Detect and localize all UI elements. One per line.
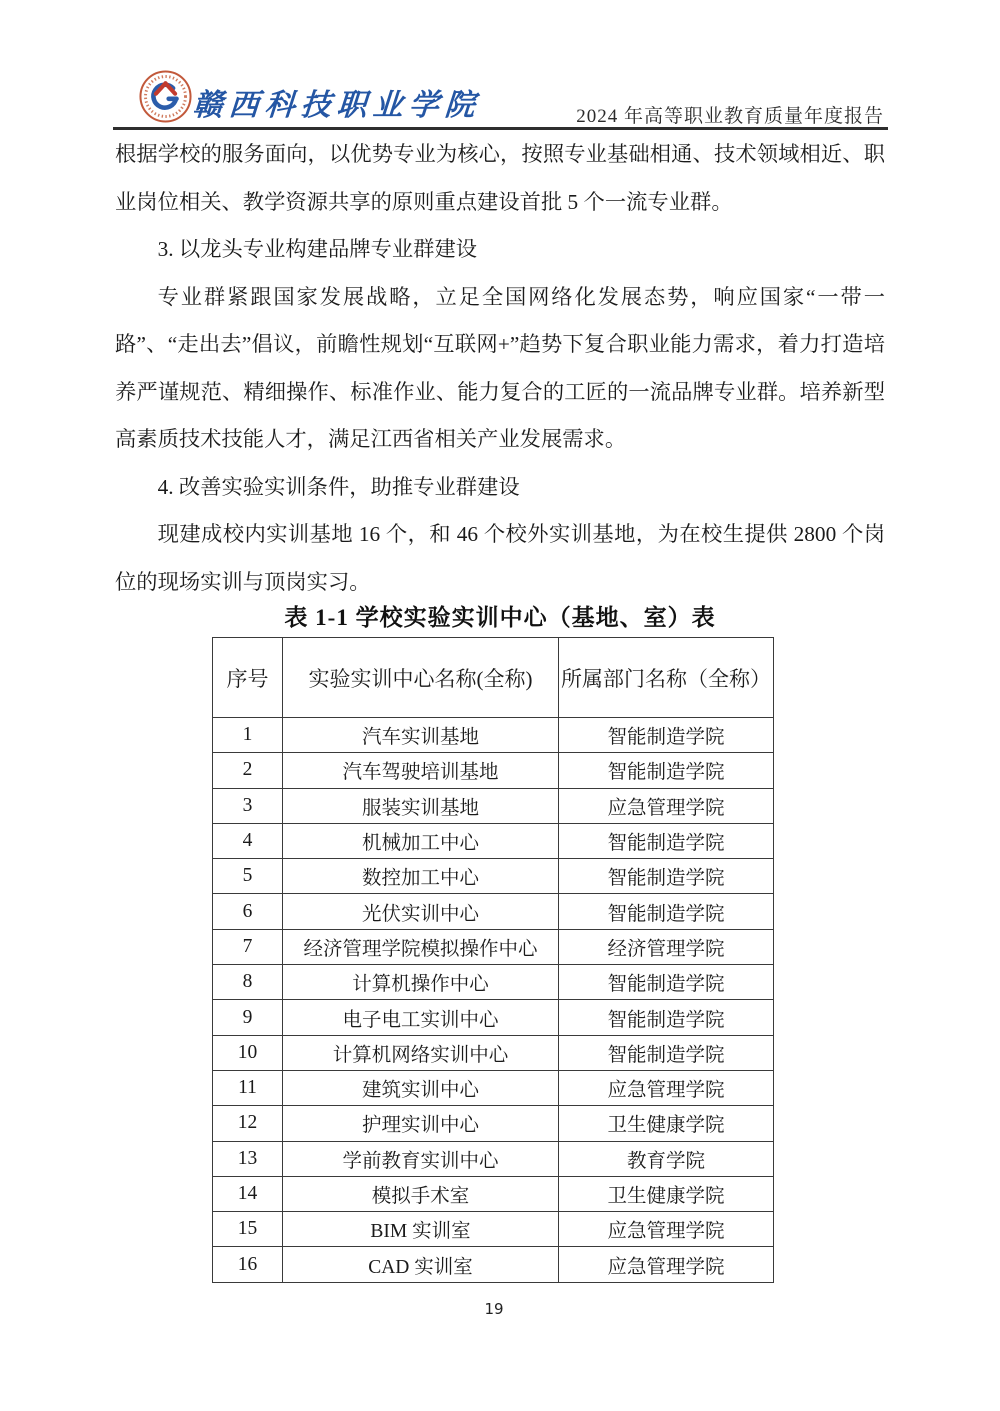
cell-department: 教育学院 bbox=[559, 1141, 774, 1176]
cell-center-name: 汽车实训基地 bbox=[283, 718, 559, 753]
column-header-center-name: 实验实训中心名称(全称) bbox=[283, 638, 559, 718]
cell-center-name: 数控加工中心 bbox=[283, 859, 559, 894]
column-header-department: 所属部门名称（全称） bbox=[559, 638, 774, 718]
cell-index: 3 bbox=[213, 788, 283, 823]
paragraph-brand-groups: 专业群紧跟国家发展战略，立足全国网络化发展态势，响应国家“一带一路”、“走出去”… bbox=[115, 274, 885, 464]
page-number: 19 bbox=[0, 1300, 988, 1318]
table-title: 表 1-1 学校实验实训中心（基地、室）表 bbox=[115, 603, 885, 633]
cell-department: 智能制造学院 bbox=[559, 718, 774, 753]
cell-index: 16 bbox=[213, 1247, 283, 1282]
cell-index: 13 bbox=[213, 1141, 283, 1176]
header-divider bbox=[113, 127, 888, 130]
cell-center-name: 经济管理学院模拟操作中心 bbox=[283, 929, 559, 964]
cell-department: 卫生健康学院 bbox=[559, 1106, 774, 1141]
school-name: 赣西科技职业学院 bbox=[191, 80, 482, 124]
cell-department: 智能制造学院 bbox=[559, 753, 774, 788]
cell-department: 智能制造学院 bbox=[559, 1000, 774, 1035]
cell-department: 智能制造学院 bbox=[559, 1035, 774, 1070]
cell-department: 智能制造学院 bbox=[559, 965, 774, 1000]
cell-department: 应急管理学院 bbox=[559, 1247, 774, 1282]
cell-center-name: 模拟手术室 bbox=[283, 1176, 559, 1211]
table-row: 8计算机操作中心智能制造学院 bbox=[213, 965, 774, 1000]
cell-center-name: 学前教育实训中心 bbox=[283, 1141, 559, 1176]
table-row: 1汽车实训基地智能制造学院 bbox=[213, 718, 774, 753]
report-title: 2024 年高等职业教育质量年度报告 bbox=[576, 101, 884, 128]
cell-index: 6 bbox=[213, 894, 283, 929]
cell-index: 8 bbox=[213, 965, 283, 1000]
cell-department: 应急管理学院 bbox=[559, 788, 774, 823]
table-row: 11建筑实训中心应急管理学院 bbox=[213, 1070, 774, 1105]
cell-center-name: 电子电工实训中心 bbox=[283, 1000, 559, 1035]
school-seal-icon bbox=[138, 69, 193, 124]
table-row: 10计算机网络实训中心智能制造学院 bbox=[213, 1035, 774, 1070]
cell-index: 1 bbox=[213, 718, 283, 753]
cell-center-name: 计算机操作中心 bbox=[283, 965, 559, 1000]
table-row: 6光伏实训中心智能制造学院 bbox=[213, 894, 774, 929]
table-row: 4机械加工中心智能制造学院 bbox=[213, 823, 774, 858]
cell-index: 10 bbox=[213, 1035, 283, 1070]
cell-center-name: 机械加工中心 bbox=[283, 823, 559, 858]
training-centers-table: 序号 实验实训中心名称(全称) 所属部门名称（全称） 1汽车实训基地智能制造学院… bbox=[212, 637, 774, 1283]
cell-center-name: BIM 实训室 bbox=[283, 1212, 559, 1247]
cell-index: 11 bbox=[213, 1070, 283, 1105]
table-row: 2汽车驾驶培训基地智能制造学院 bbox=[213, 753, 774, 788]
table-row: 7经济管理学院模拟操作中心经济管理学院 bbox=[213, 929, 774, 964]
cell-center-name: 光伏实训中心 bbox=[283, 894, 559, 929]
cell-index: 15 bbox=[213, 1212, 283, 1247]
cell-department: 卫生健康学院 bbox=[559, 1176, 774, 1211]
table-row: 3服装实训基地应急管理学院 bbox=[213, 788, 774, 823]
heading-4: 4. 改善实验实训条件，助推专业群建设 bbox=[115, 464, 885, 512]
cell-index: 4 bbox=[213, 823, 283, 858]
cell-department: 应急管理学院 bbox=[559, 1212, 774, 1247]
cell-center-name: 服装实训基地 bbox=[283, 788, 559, 823]
document-page: 赣西科技职业学院 2024 年高等职业教育质量年度报告 根据学校的服务面向，以优… bbox=[0, 0, 1000, 1411]
paragraph-continuation: 根据学校的服务面向，以优势专业为核心，按照专业基础相通、技术领域相近、职业岗位相… bbox=[115, 131, 885, 226]
cell-department: 智能制造学院 bbox=[559, 894, 774, 929]
body-text: 根据学校的服务面向，以优势专业为核心，按照专业基础相通、技术领域相近、职业岗位相… bbox=[115, 131, 885, 606]
cell-index: 12 bbox=[213, 1106, 283, 1141]
table-row: 5数控加工中心智能制造学院 bbox=[213, 859, 774, 894]
cell-index: 7 bbox=[213, 929, 283, 964]
cell-index: 2 bbox=[213, 753, 283, 788]
table-row: 16CAD 实训室应急管理学院 bbox=[213, 1247, 774, 1282]
cell-department: 智能制造学院 bbox=[559, 859, 774, 894]
cell-center-name: 建筑实训中心 bbox=[283, 1070, 559, 1105]
cell-index: 5 bbox=[213, 859, 283, 894]
table-row: 14模拟手术室卫生健康学院 bbox=[213, 1176, 774, 1211]
table-header-row: 序号 实验实训中心名称(全称) 所属部门名称（全称） bbox=[213, 638, 774, 718]
cell-department: 智能制造学院 bbox=[559, 823, 774, 858]
table-row: 15BIM 实训室应急管理学院 bbox=[213, 1212, 774, 1247]
table-row: 12护理实训中心卫生健康学院 bbox=[213, 1106, 774, 1141]
page-header: 赣西科技职业学院 2024 年高等职业教育质量年度报告 bbox=[0, 0, 1000, 130]
cell-department: 应急管理学院 bbox=[559, 1070, 774, 1105]
table-row: 13学前教育实训中心教育学院 bbox=[213, 1141, 774, 1176]
cell-index: 9 bbox=[213, 1000, 283, 1035]
cell-center-name: 护理实训中心 bbox=[283, 1106, 559, 1141]
cell-center-name: 汽车驾驶培训基地 bbox=[283, 753, 559, 788]
cell-department: 经济管理学院 bbox=[559, 929, 774, 964]
heading-3: 3. 以龙头专业构建品牌专业群建设 bbox=[115, 226, 885, 274]
paragraph-training-bases: 现建成校内实训基地 16 个，和 46 个校外实训基地，为在校生提供 2800 … bbox=[115, 511, 885, 606]
table-row: 9电子电工实训中心智能制造学院 bbox=[213, 1000, 774, 1035]
cell-center-name: CAD 实训室 bbox=[283, 1247, 559, 1282]
column-header-index: 序号 bbox=[213, 638, 283, 718]
cell-index: 14 bbox=[213, 1176, 283, 1211]
cell-center-name: 计算机网络实训中心 bbox=[283, 1035, 559, 1070]
